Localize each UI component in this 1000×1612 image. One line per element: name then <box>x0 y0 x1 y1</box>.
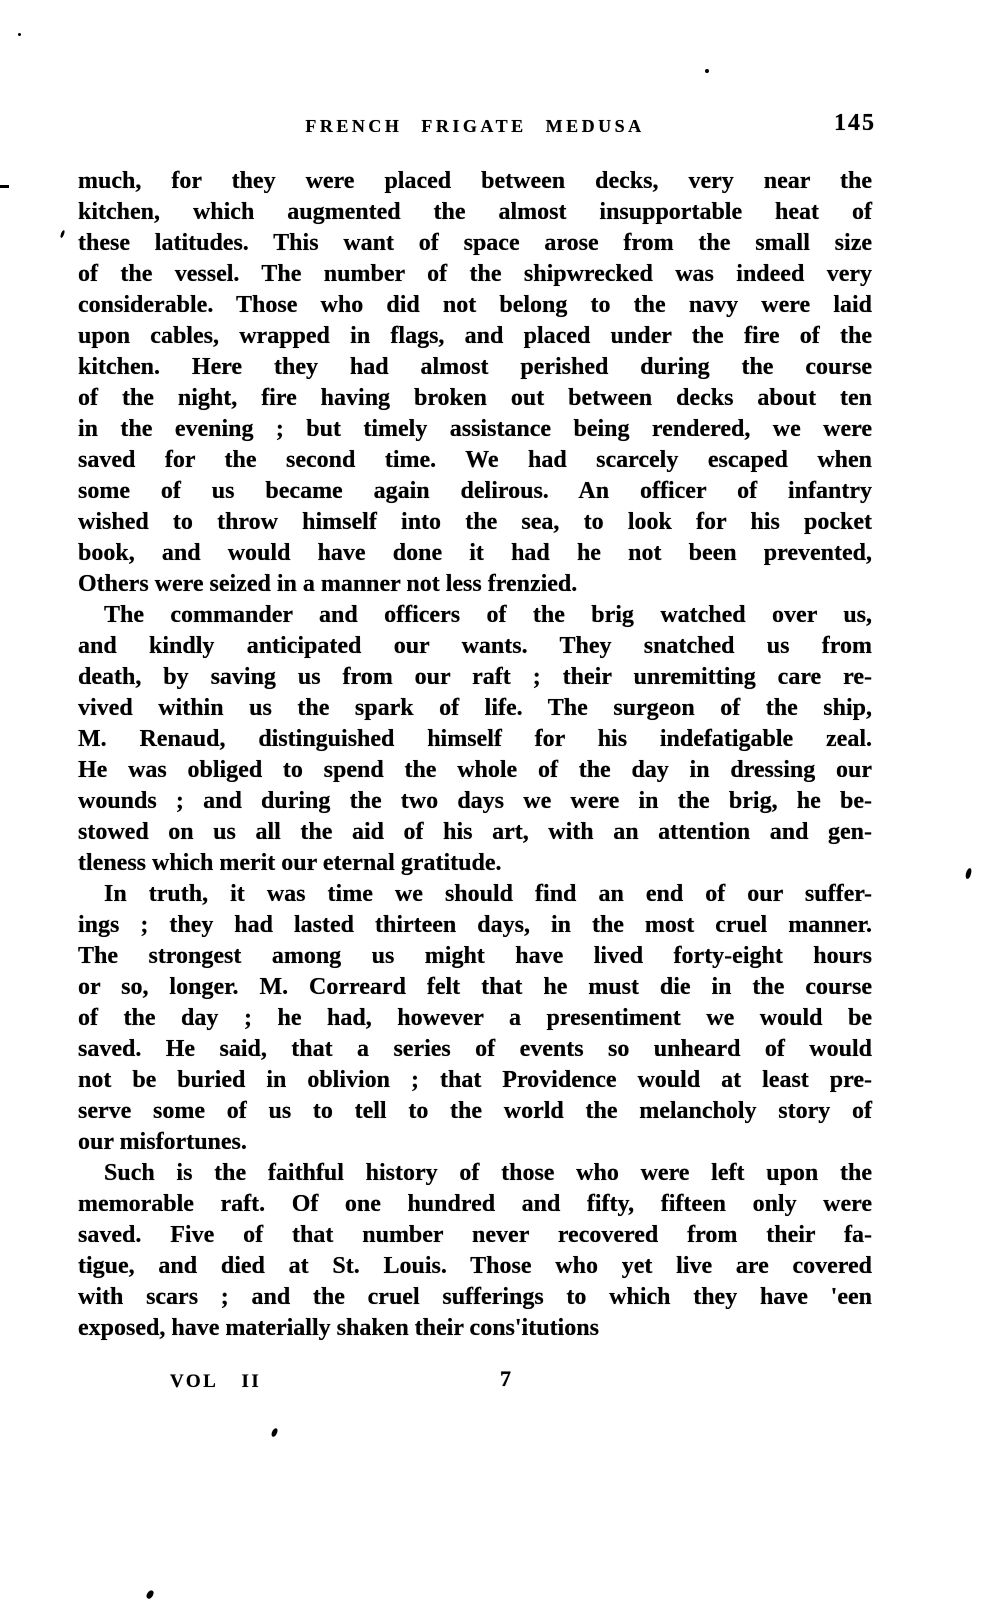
text-line-1: much, for they were placed between decks… <box>78 166 872 197</box>
text-line-5: considerable. Those who did not belong t… <box>78 290 872 321</box>
text-line-29: saved. He said, that a series of events … <box>78 1034 872 1065</box>
ink-comma-below-footer <box>271 1427 279 1437</box>
text-line-19: M. Renaud, distinguished himself for his… <box>78 724 872 755</box>
ink-tick-bottom-left <box>145 1589 154 1600</box>
scanned-book-page: FRENCH FRIGATE MEDUSA 145 much, for they… <box>0 0 1000 1612</box>
text-line-35: saved. Five of that number never recover… <box>78 1220 872 1251</box>
footer-volume-label: VOL II <box>170 1371 261 1393</box>
running-header-title: FRENCH FRIGATE MEDUSA <box>75 116 875 137</box>
text-line-34: memorable raft. Of one hundred and fifty… <box>78 1189 872 1220</box>
footer-signature-mark: 7 <box>500 1366 511 1392</box>
text-line-14: Others were seized in a manner not less … <box>78 569 872 600</box>
text-line-31: serve some of us to tell to the world th… <box>78 1096 872 1127</box>
text-line-32: our misfortunes. <box>78 1127 872 1158</box>
text-line-37: with scars ; and the cruel sufferings to… <box>78 1282 872 1313</box>
text-line-36: tigue, and died at St. Louis. Those who … <box>78 1251 872 1282</box>
text-line-28: of the day ; he had, however a presentim… <box>78 1003 872 1034</box>
text-line-13: book, and would have done it had he not … <box>78 538 872 569</box>
text-line-23: tleness which merit our eternal gratitud… <box>78 848 872 879</box>
text-line-3: these latitudes. This want of space aros… <box>78 228 872 259</box>
text-line-24: In truth, it was time we should find an … <box>78 879 872 910</box>
text-line-10: saved for the second time. We had scarce… <box>78 445 872 476</box>
ink-tick-left-margin <box>60 230 65 239</box>
text-line-26: The strongest among us might have lived … <box>78 941 872 972</box>
text-line-30: not be buried in oblivion ; that Provide… <box>78 1065 872 1096</box>
text-line-15: The commander and officers of the brig w… <box>78 600 872 631</box>
text-line-12: wished to throw himself into the sea, to… <box>78 507 872 538</box>
text-line-18: vived within us the spark of life. The s… <box>78 693 872 724</box>
text-line-25: ings ; they had lasted thirteen days, in… <box>78 910 872 941</box>
text-line-7: kitchen. Here they had almost perished d… <box>78 352 872 383</box>
text-line-21: wounds ; and during the two days we were… <box>78 786 872 817</box>
text-line-2: kitchen, which augmented the almost insu… <box>78 197 872 228</box>
text-line-38: exposed, have materially shaken their co… <box>78 1313 872 1344</box>
text-line-17: death, by saving us from our raft ; thei… <box>78 662 872 693</box>
text-line-9: in the evening ; but timely assistance b… <box>78 414 872 445</box>
ink-apostrophe-right-margin <box>965 868 972 880</box>
text-line-33: Such is the faithful history of those wh… <box>78 1158 872 1189</box>
text-line-20: He was obliged to spend the whole of the… <box>78 755 872 786</box>
page-number: 145 <box>834 110 876 137</box>
ink-dash-left-margin <box>0 185 9 188</box>
text-line-8: of the night, fire having broken out bet… <box>78 383 872 414</box>
text-line-22: stowed on us all the aid of his art, wit… <box>78 817 872 848</box>
text-line-11: some of us became again delirous. An off… <box>78 476 872 507</box>
text-line-6: upon cables, wrapped in flags, and place… <box>78 321 872 352</box>
text-line-4: of the vessel. The number of the shipwre… <box>78 259 872 290</box>
text-block: much, for they were placed between decks… <box>78 166 872 1344</box>
ink-speck-top-center <box>705 69 709 73</box>
text-line-16: and kindly anticipated our wants. They s… <box>78 631 872 662</box>
ink-speck-top-left <box>18 33 21 36</box>
text-line-27: or so, longer. M. Correard felt that he … <box>78 972 872 1003</box>
